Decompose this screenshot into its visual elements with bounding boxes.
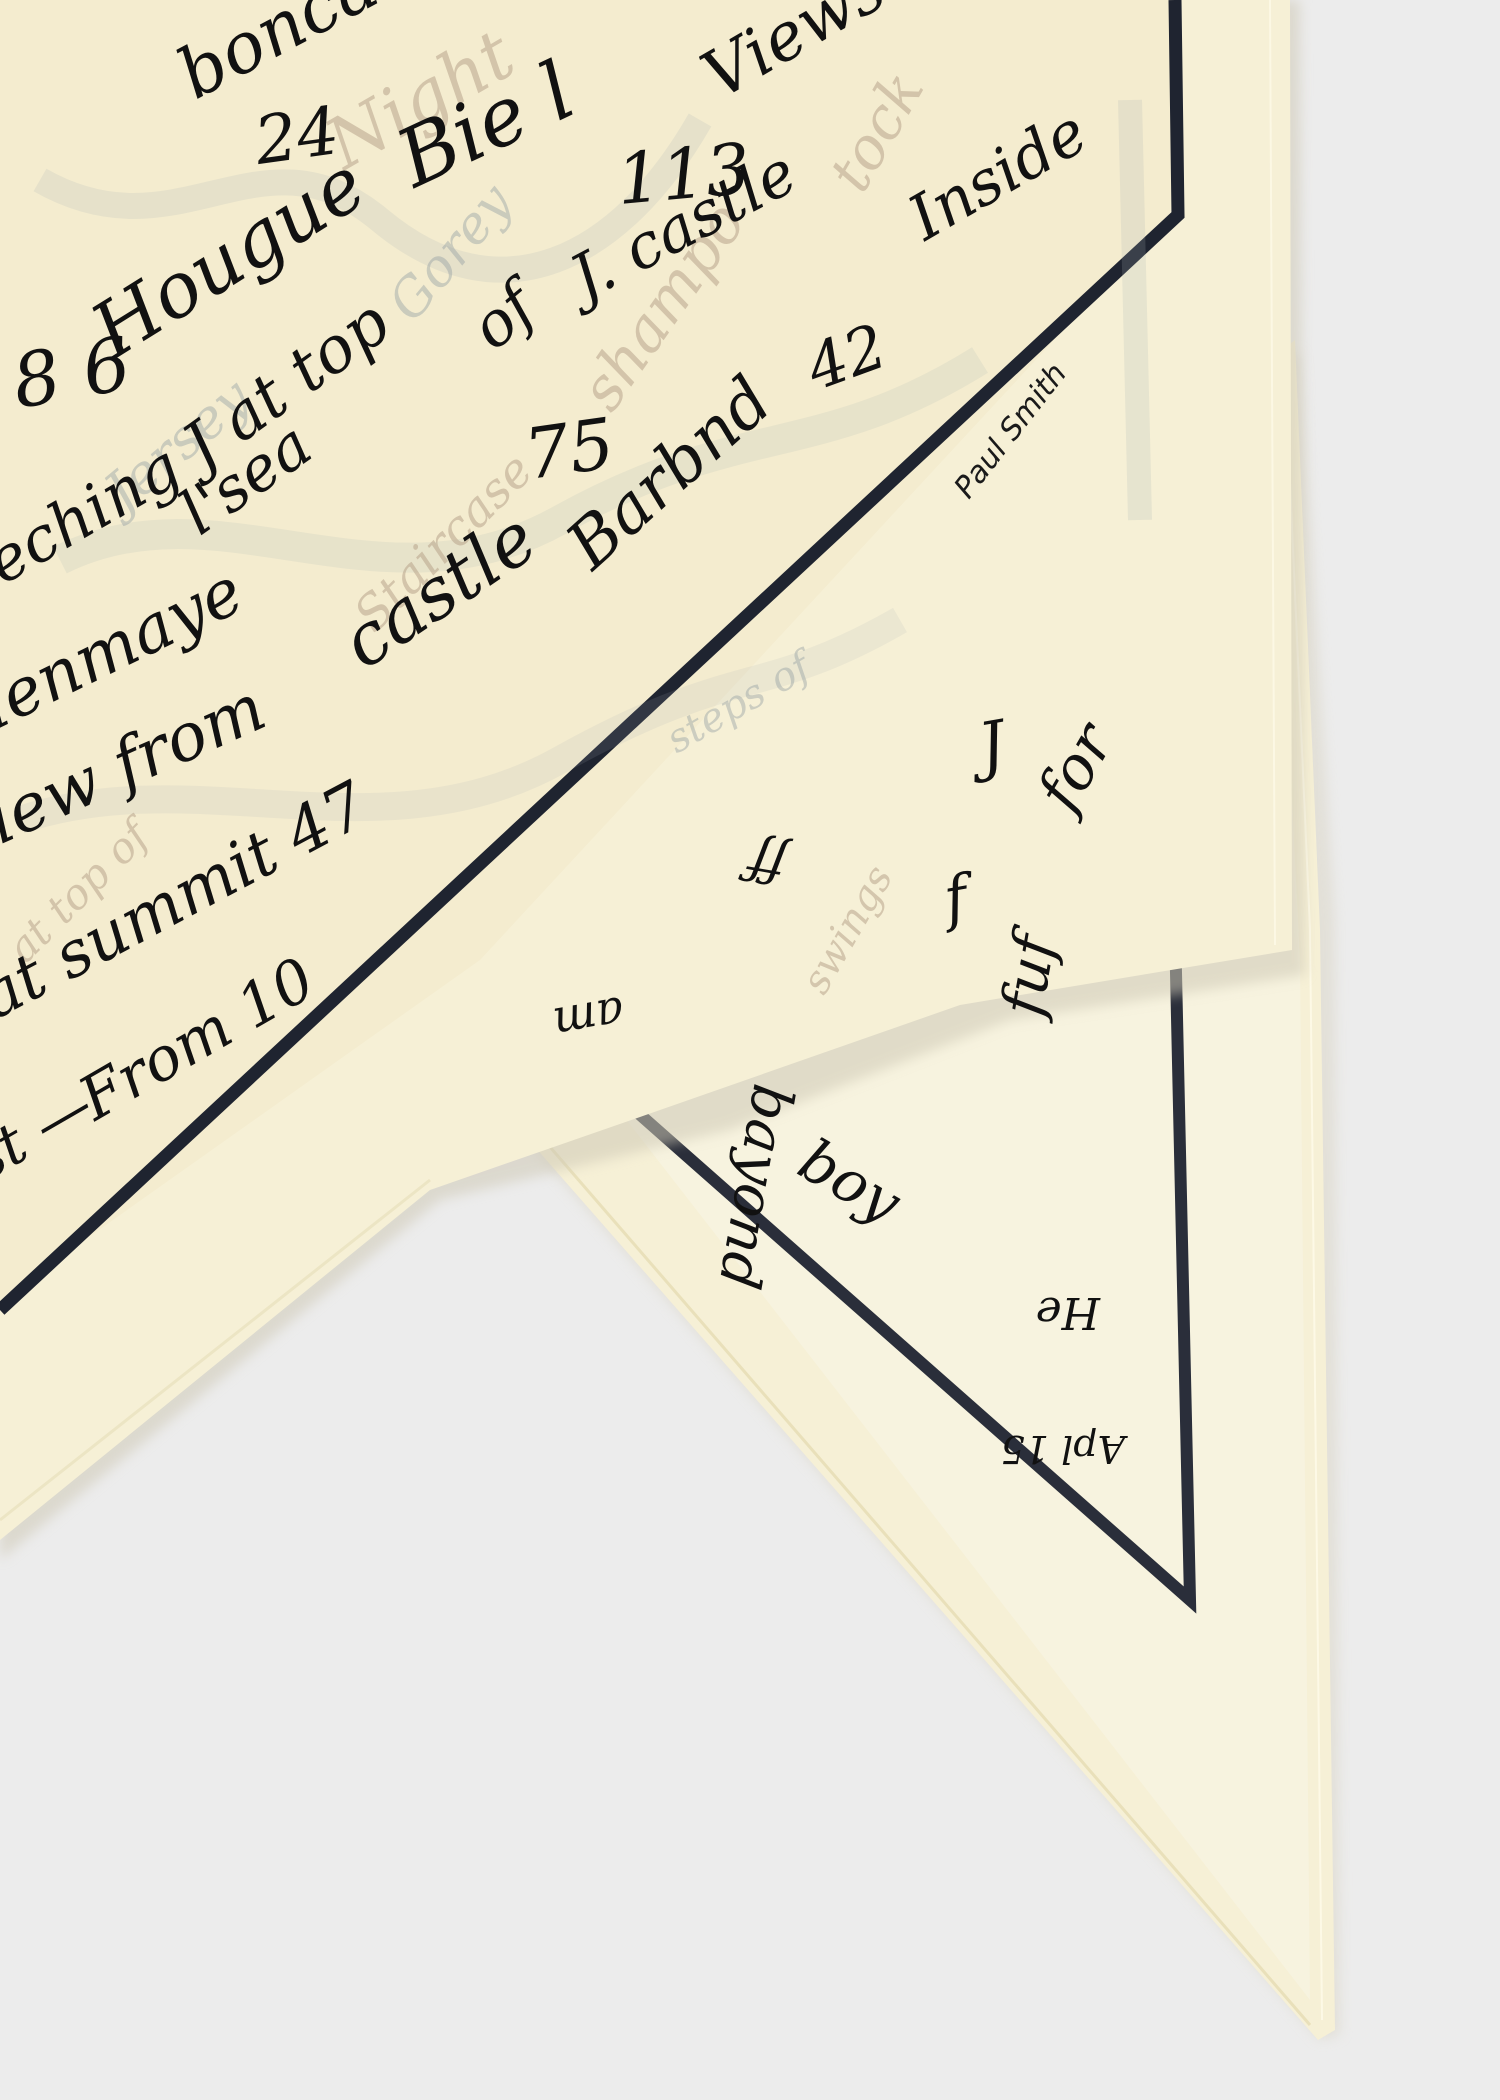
handwritten-word: 8 6 <box>7 327 136 420</box>
handwritten-word: 75 <box>520 408 618 490</box>
handwritten-word: am <box>550 990 628 1048</box>
handwritten-word: Apl 15 <box>1001 1430 1125 1468</box>
handwritten-word: He <box>1036 1290 1100 1334</box>
product-photo: NightshampotockJerseyStaircaseGoreysteps… <box>0 0 1500 2100</box>
handwritten-word: fuf <box>993 931 1064 1020</box>
